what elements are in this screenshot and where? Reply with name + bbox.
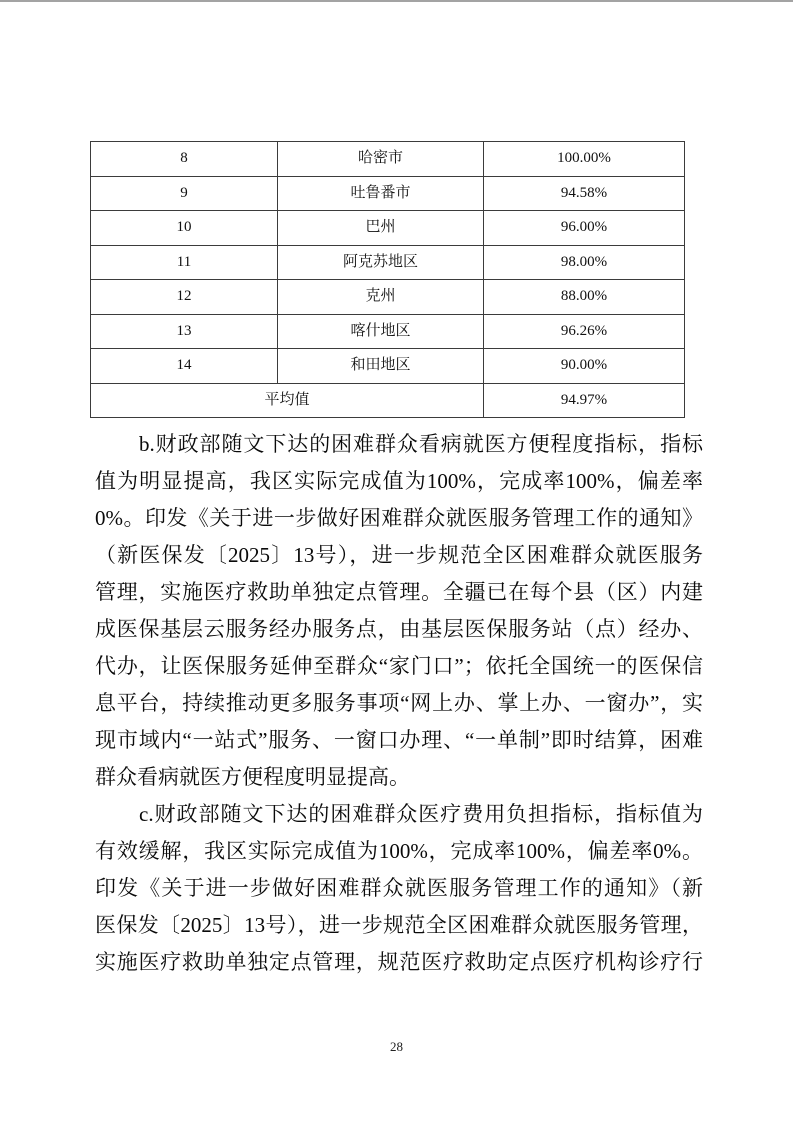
paragraph-b-line: 成医保基层云服务经办服务点，由基层医保服务站（点）经办、 [95, 611, 703, 648]
paragraph-b-line: 值为明显提高，我区实际完成值为100%，完成率100%，偏差率 [95, 463, 703, 500]
row-index-cell: 13 [91, 314, 278, 349]
paragraph-c-line: 印发《关于进一步做好困难群众就医服务管理工作的通知》（新 [95, 870, 703, 907]
paragraph-b-line: 息平台，持续推动更多服务事项“网上办、掌上办、一窗办”，实 [95, 685, 703, 722]
row-index-cell: 9 [91, 176, 278, 211]
paragraph-b-line: b.财政部随文下达的困难群众看病就医方便程度指标，指标 [95, 426, 703, 463]
row-index-cell: 11 [91, 245, 278, 280]
paragraph-b-line: 0%。印发《关于进一步做好困难群众就医服务管理工作的通知》 [95, 500, 703, 537]
paragraph-c-line: 有效缓解，我区实际完成值为100%，完成率100%，偏差率0%。 [95, 833, 703, 870]
paragraph-b-line: 现市域内“一站式”服务、一窗口办理、“一单制”即时结算，困难 [95, 722, 703, 759]
region-cell: 克州 [278, 280, 484, 315]
value-cell: 88.00% [484, 280, 685, 315]
body-text: b.财政部随文下达的困难群众看病就医方便程度指标，指标 值为明显提高，我区实际完… [95, 426, 703, 981]
value-cell: 90.00% [484, 349, 685, 384]
paragraph-b-line: 管理，实施医疗救助单独定点管理。全疆已在每个县（区）内建 [95, 574, 703, 611]
table-average-row: 平均值 94.97% [91, 383, 685, 418]
region-cell: 巴州 [278, 211, 484, 246]
page-top-edge [0, 0, 793, 2]
paragraph-b-line: （新医保发〔2025〕13号），进一步规范全区困难群众就医服务 [95, 537, 703, 574]
region-cell: 喀什地区 [278, 314, 484, 349]
value-cell: 100.00% [484, 142, 685, 177]
paragraph-b-line: 代办，让医保服务延伸至群众“家门口”；依托全国统一的医保信 [95, 648, 703, 685]
average-value-cell: 94.97% [484, 383, 685, 418]
table-row: 8 哈密市 100.00% [91, 142, 685, 177]
region-completion-table: 8 哈密市 100.00% 9 吐鲁番市 94.58% 10 巴州 96.00%… [90, 141, 685, 418]
paragraph-c-line: 实施医疗救助单独定点管理，规范医疗救助定点医疗机构诊疗行 [95, 944, 703, 981]
table-row: 12 克州 88.00% [91, 280, 685, 315]
region-cell: 阿克苏地区 [278, 245, 484, 280]
table-row: 11 阿克苏地区 98.00% [91, 245, 685, 280]
value-cell: 98.00% [484, 245, 685, 280]
table-row: 9 吐鲁番市 94.58% [91, 176, 685, 211]
document-page: 8 哈密市 100.00% 9 吐鲁番市 94.58% 10 巴州 96.00%… [0, 0, 793, 1122]
page-number: 28 [0, 1039, 793, 1055]
row-index-cell: 10 [91, 211, 278, 246]
region-cell: 吐鲁番市 [278, 176, 484, 211]
region-cell: 和田地区 [278, 349, 484, 384]
average-label-cell: 平均值 [91, 383, 484, 418]
row-index-cell: 14 [91, 349, 278, 384]
value-cell: 96.26% [484, 314, 685, 349]
paragraph-b-line: 群众看病就医方便程度明显提高。 [95, 759, 703, 796]
value-cell: 94.58% [484, 176, 685, 211]
row-index-cell: 8 [91, 142, 278, 177]
paragraph-c-line: c.财政部随文下达的困难群众医疗费用负担指标，指标值为 [95, 796, 703, 833]
table-row: 10 巴州 96.00% [91, 211, 685, 246]
row-index-cell: 12 [91, 280, 278, 315]
table-row: 14 和田地区 90.00% [91, 349, 685, 384]
region-cell: 哈密市 [278, 142, 484, 177]
paragraph-c-line: 医保发〔2025〕13号），进一步规范全区困难群众就医服务管理， [95, 907, 703, 944]
value-cell: 96.00% [484, 211, 685, 246]
table-row: 13 喀什地区 96.26% [91, 314, 685, 349]
